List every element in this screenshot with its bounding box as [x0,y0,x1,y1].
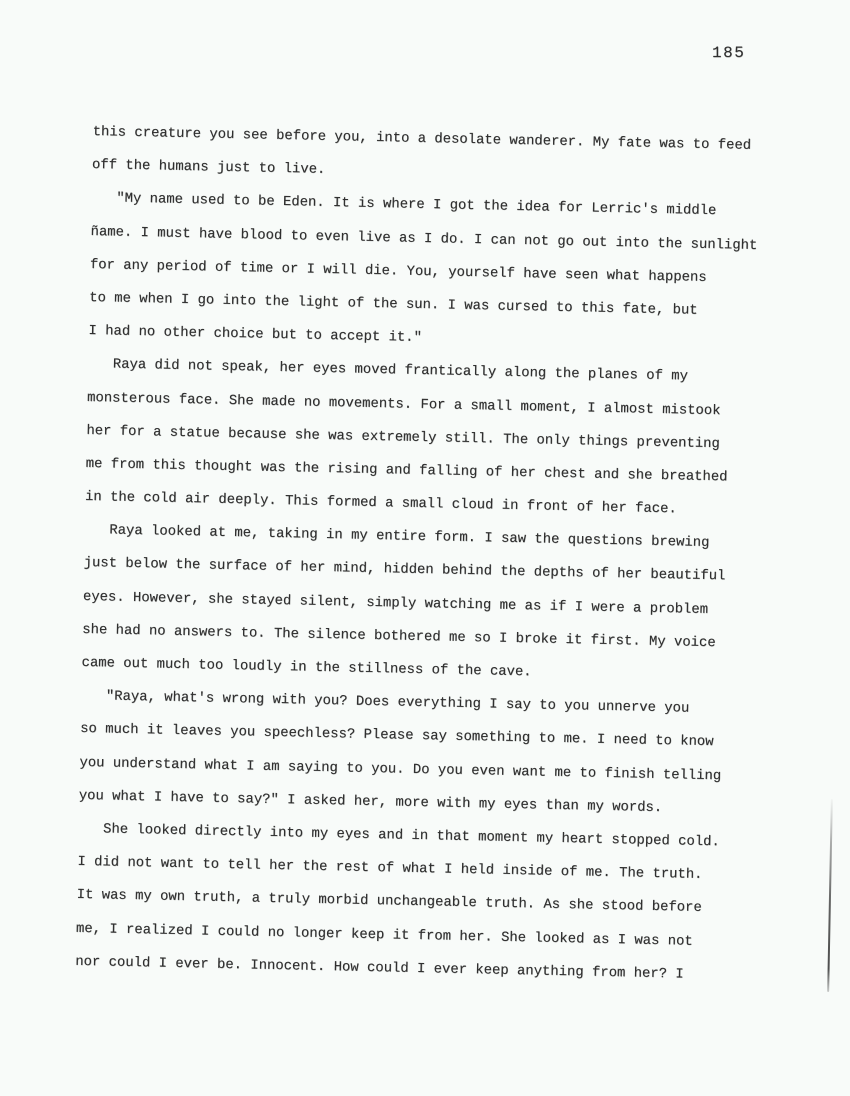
page-number: 185 [712,44,745,62]
manuscript-page: 185 this creature you see before you, in… [0,0,850,1096]
page-body-text: this creature you see before you, into a… [75,116,803,994]
scan-artifact-line [827,799,833,992]
